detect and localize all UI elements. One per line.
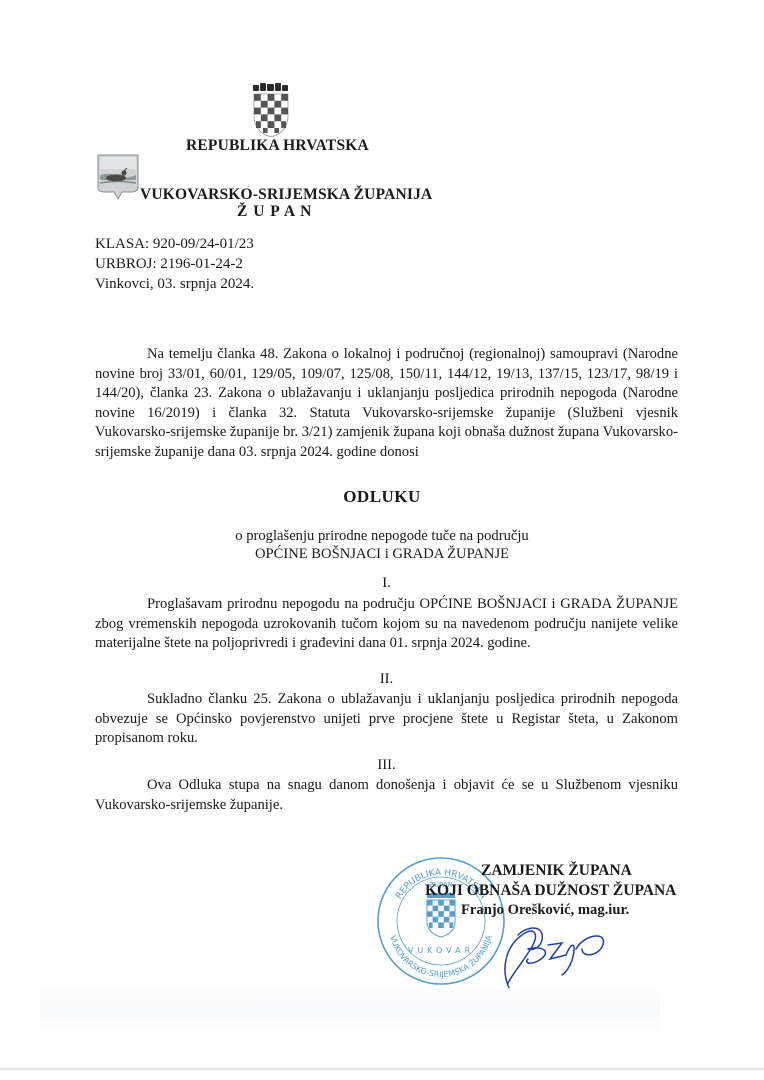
preamble: Na temelju članka 48. Zakona o lokalnoj … xyxy=(95,345,678,463)
svg-text:VUKOVAR: VUKOVAR xyxy=(408,946,474,955)
urbroj: URBROJ: 2196-01-24-2 xyxy=(95,254,254,274)
article-number: II. xyxy=(95,671,678,688)
page-edge-shadow xyxy=(0,1068,764,1071)
signatory-title: ZAMJENIK ŽUPANA xyxy=(481,862,632,880)
country-name: REPUBLIKA HRVATSKA xyxy=(186,137,369,155)
signatory-role: KOJI OBNAŠA DUŽNOST ŽUPANA xyxy=(425,882,676,900)
article-number: III. xyxy=(95,757,678,774)
article-1: Proglašavam prirodnu nepogodu na područj… xyxy=(95,595,678,654)
decision-subtitle-line1: o proglašenju prirodne nepogode tuče na … xyxy=(0,527,764,545)
article-text: Proglašavam prirodnu nepogodu na područj… xyxy=(95,595,678,654)
decision-subtitle-line2: OPĆINE BOŠNJACI i GRADA ŽUPANJE xyxy=(0,545,764,563)
office-name: Ž U P A N xyxy=(237,203,312,221)
preamble-text: Na temelju članka 48. Zakona o lokalnoj … xyxy=(95,345,678,463)
scan-artifact xyxy=(40,988,660,1030)
article-text: Ova Odluka stupa na snagu danom donošenj… xyxy=(95,776,678,815)
decision-subtitle: o proglašenju prirodne nepogode tuče na … xyxy=(0,527,764,563)
place-date: Vinkovci, 03. srpnja 2024. xyxy=(95,274,254,294)
article-number: I. xyxy=(95,575,678,592)
county-coat-of-arms-icon xyxy=(97,154,139,200)
article-2: Sukladno članku 25. Zakona o ublažavanju… xyxy=(95,690,678,749)
klasa: KLASA: 920-09/24-01/23 xyxy=(95,234,254,254)
county-name: VUKOVARSKO-SRIJEMSKA ŽUPANIJA xyxy=(140,186,432,204)
article-text: Sukladno članku 25. Zakona o ublažavanju… xyxy=(95,690,678,749)
document-meta: KLASA: 920-09/24-01/23 URBROJ: 2196-01-2… xyxy=(95,234,254,294)
croatian-coat-of-arms-icon xyxy=(250,82,292,138)
handwritten-signature-icon xyxy=(490,915,620,995)
decision-title: ODLUKU xyxy=(0,487,764,507)
article-3: Ova Odluka stupa na snagu danom donošenj… xyxy=(95,776,678,815)
